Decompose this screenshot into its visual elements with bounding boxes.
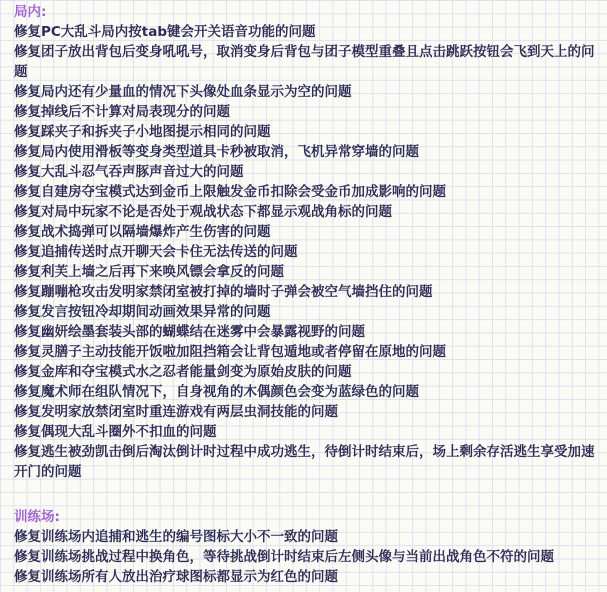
fix-item: 修复战术捣弹可以隔墙爆炸产生伤害的问题 (14, 222, 597, 242)
fix-item: 修复发明家放禁闭室时重连游戏有两层虫洞技能的问题 (14, 402, 597, 422)
section-title-training: 训练场: (14, 507, 597, 527)
fix-item: 修复逃生被劲凯击倒后淘汰倒计时过程中成功逃生，待倒计时结束后，场上剩余存活逃生享… (14, 442, 597, 482)
fix-item: 修复局内还有少量血的情况下头像处血条显示为空的问题 (14, 82, 597, 102)
fix-item: 修复大乱斗忍气吞声豚声音过大的问题 (14, 162, 597, 182)
fix-item: 修复PC大乱斗局内按tab键会开关语音功能的问题 (14, 22, 597, 42)
fix-item: 修复对局中玩家不论是否处于观战状态下都显示观战角标的问题 (14, 202, 597, 222)
fix-item: 修复局内使用滑板等变身类型道具卡秒被取消，飞机异常穿墙的问题 (14, 142, 597, 162)
fix-item: 修复掉线后不计算对局表现分的问题 (14, 102, 597, 122)
fix-item: 修复金库和夺宝模式水之忍者能量剑变为原始皮肤的问题 (14, 362, 597, 382)
fix-item: 修复踩夹子和拆夹子小地图提示相同的问题 (14, 122, 597, 142)
fix-item: 修复训练场内追捕和逃生的编号图标大小不一致的问题 (14, 527, 597, 547)
patch-notes-page: 局内: 修复PC大乱斗局内按tab键会开关语音功能的问题 修复团子放出背包后变身… (0, 0, 607, 592)
fix-item: 修复蹦嘣枪攻击发明家禁闭室被打掉的墙时子弹会被空气墙挡住的问题 (14, 282, 597, 302)
fix-item: 修复幽妍绘墨套装头部的蝴蝶结在迷雾中会暴露视野的问题 (14, 322, 597, 342)
fix-item: 修复追捕传送时点开聊天会卡住无法传送的问题 (14, 242, 597, 262)
fix-item: 修复魔术师在组队情况下，自身视角的木偶颜色会变为蓝绿色的问题 (14, 382, 597, 402)
fix-item: 修复训练场所有人放出治疗球图标都显示为红色的问题 (14, 567, 597, 587)
fix-item: 修复自建房夺宝模式达到金币上限触发金币扣除会受金币加成影响的问题 (14, 182, 597, 202)
fix-item: 修复利芙上墙之后再下来唤风镖会拿反的问题 (14, 262, 597, 282)
fix-item: 修复灵膳子主动技能开饭啦加阻挡箱会让背包遁地或者停留在原地的问题 (14, 342, 597, 362)
fix-item: 修复偶现大乱斗圈外不扣血的问题 (14, 422, 597, 442)
section-title-in-game: 局内: (14, 2, 597, 22)
fix-item: 修复发言按钮冷却期间动画效果异常的问题 (14, 302, 597, 322)
fix-item: 修复团子放出背包后变身吼吼号，取消变身后背包与团子模型重叠且点击跳跃按钮会飞到天… (14, 42, 597, 82)
fix-item: 修复训练场挑战过程中换角色，等待挑战倒计时结束后左侧头像与当前出战角色不符的问题 (14, 547, 597, 567)
